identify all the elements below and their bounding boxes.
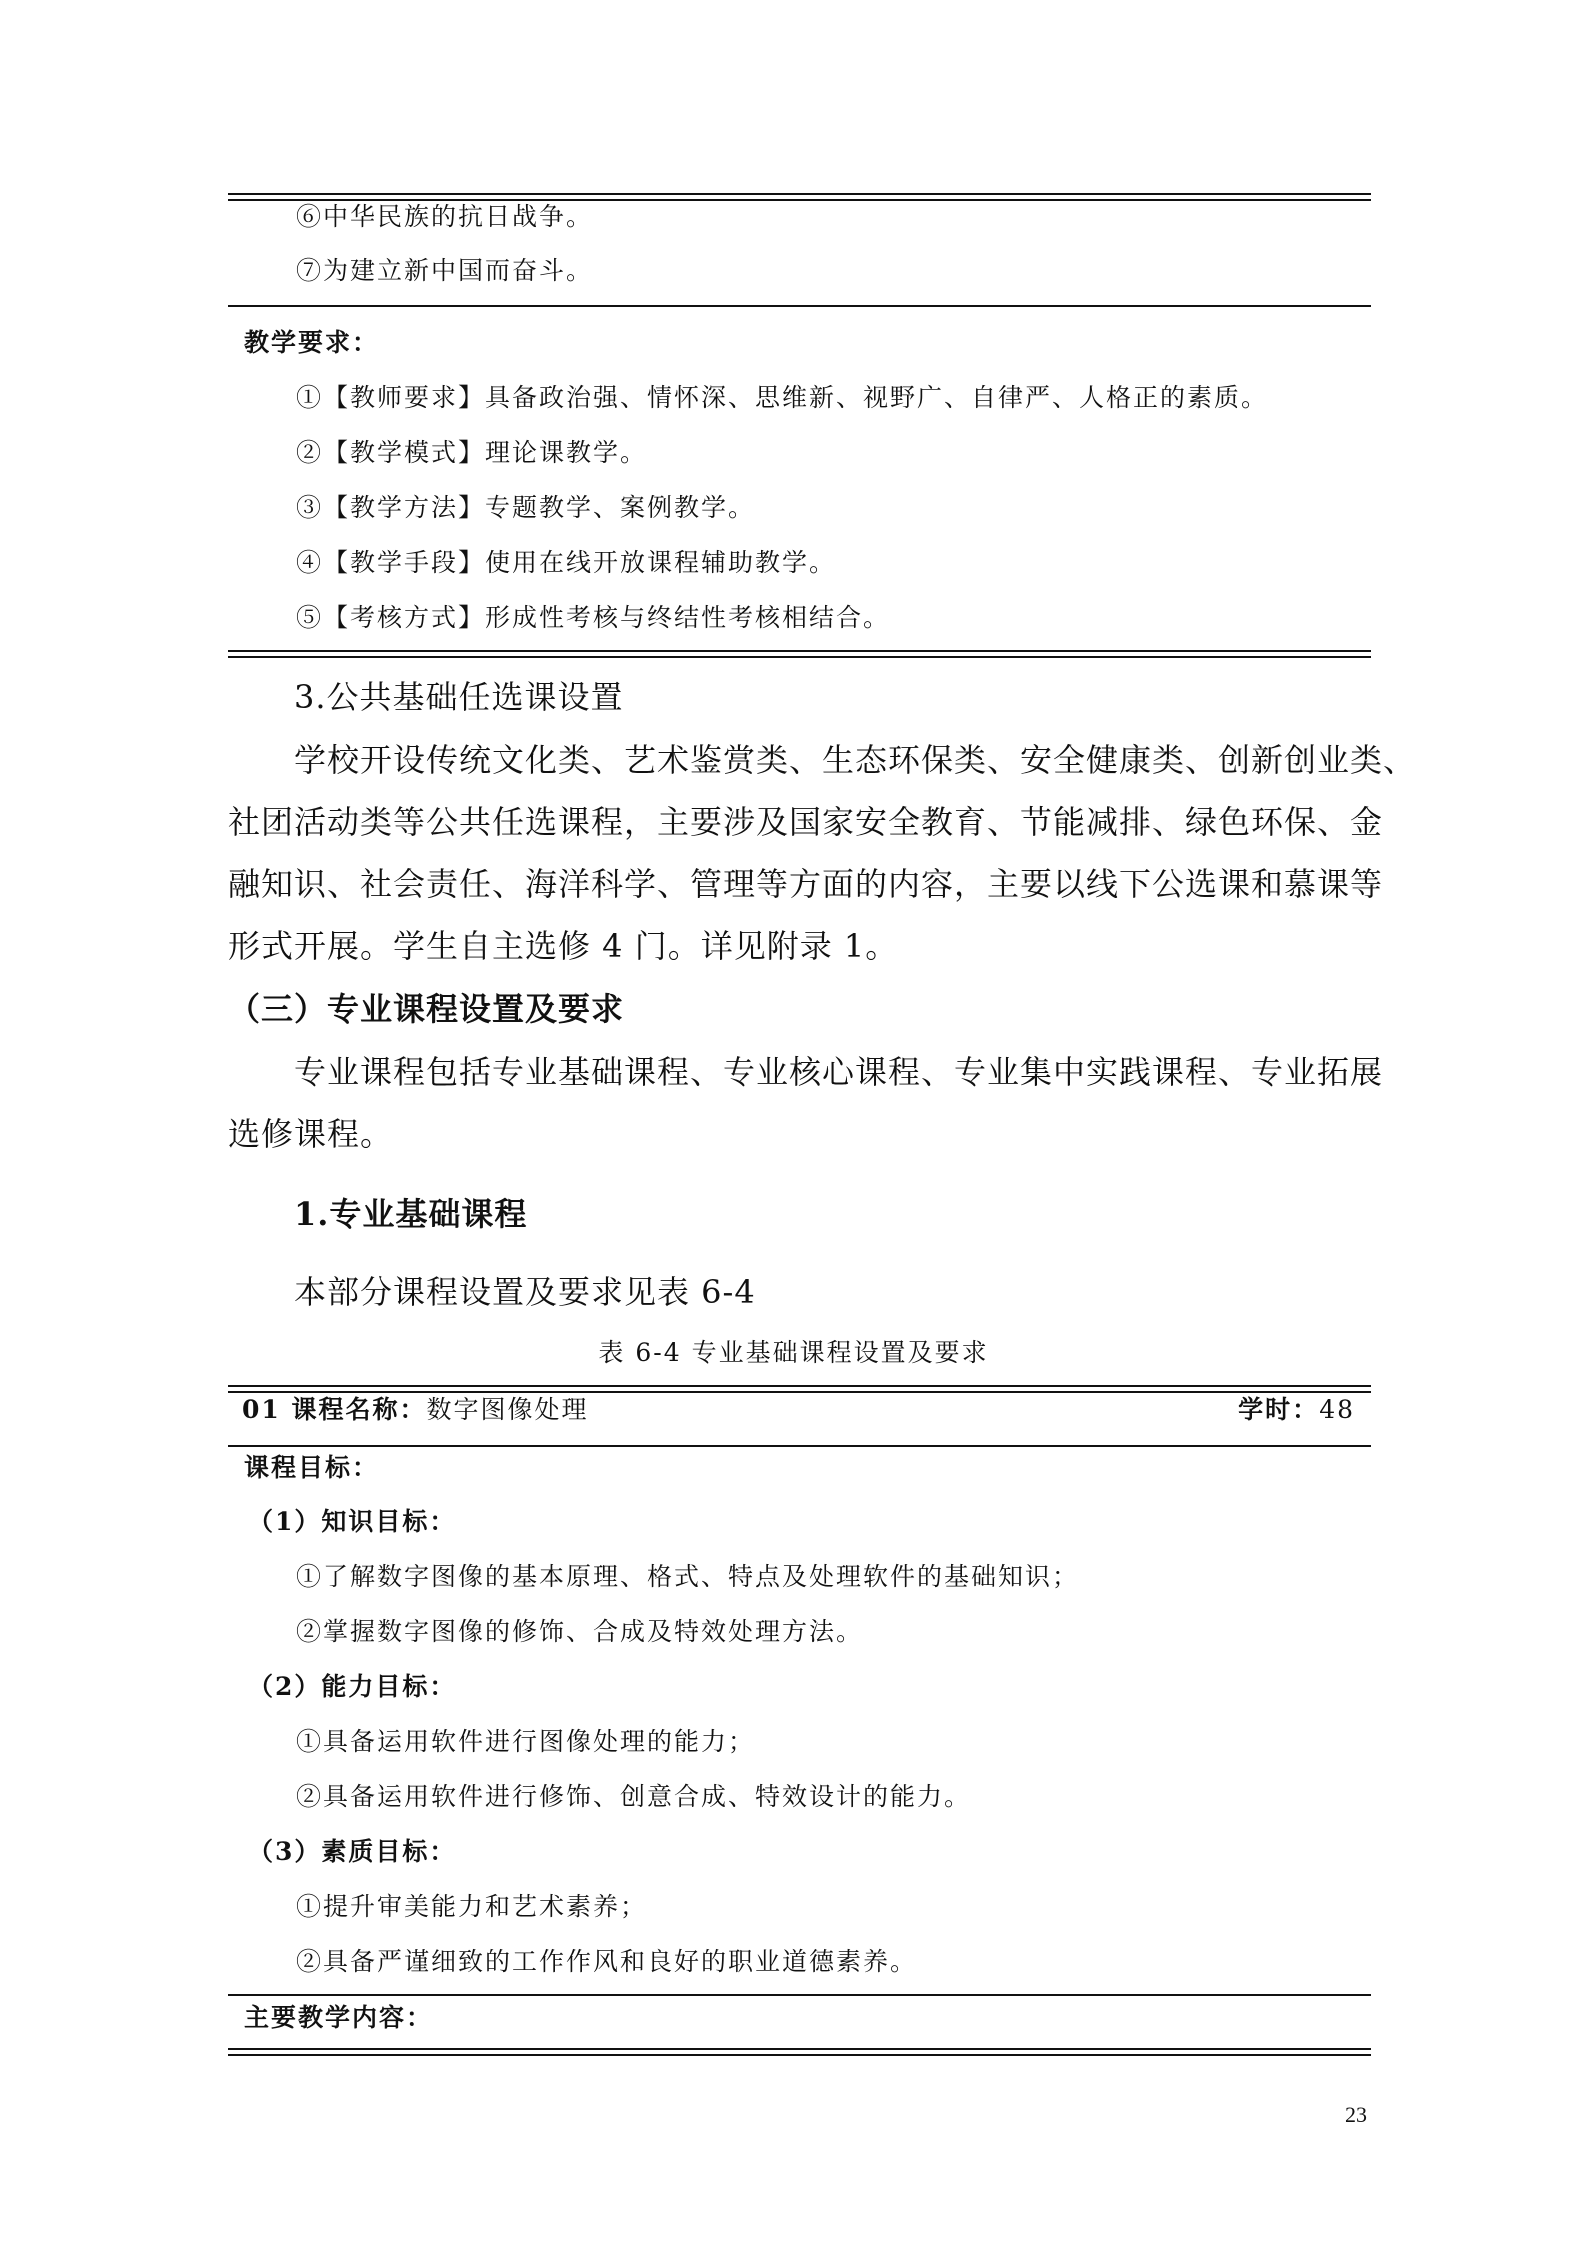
objective-item: ②掌握数字图像的修饰、合成及特效处理方法。 xyxy=(296,1612,863,1648)
content-label: 主要教学内容： xyxy=(244,1998,433,2034)
paragraph-line: 学校开设传统文化类、艺术鉴赏类、生态环保类、安全健康类、创新创业类、 xyxy=(294,735,1416,781)
paragraph-line: 社团活动类等公共任选课程，主要涉及国家安全教育、节能减排、绿色环保、金 xyxy=(228,797,1383,843)
objective-item: ②具备运用软件进行修饰、创意合成、特效设计的能力。 xyxy=(296,1777,971,1813)
section-heading: 3.公共基础任选课设置 xyxy=(294,672,624,718)
content-item: ⑦为建立新中国而奋斗。 xyxy=(296,251,593,287)
table-bottom-rule xyxy=(228,650,1371,658)
hours-value: 48 xyxy=(1319,1395,1355,1424)
requirement-item: ③【教学方法】专题教学、案例教学。 xyxy=(296,488,755,524)
paragraph-line: 专业课程包括专业基础课程、专业核心课程、专业集中实践课程、专业拓展 xyxy=(294,1047,1383,1093)
requirement-item: ②【教学模式】理论课教学。 xyxy=(296,433,647,469)
objective-title: （1）知识目标： xyxy=(248,1502,456,1538)
objective-item: ②具备严谨细致的工作作风和良好的职业道德素养。 xyxy=(296,1942,917,1978)
paragraph-line: 选修课程。 xyxy=(228,1109,393,1155)
section-heading: （三）专业课程设置及要求 xyxy=(228,984,624,1030)
objective-item: ①了解数字图像的基本原理、格式、特点及处理软件的基础知识； xyxy=(296,1557,1079,1593)
requirements-label: 教学要求： xyxy=(244,323,379,359)
course-name-row: 01 课程名称：数字图像处理 xyxy=(242,1390,589,1426)
table-row-rule xyxy=(228,305,1371,307)
requirement-item: ⑤【考核方式】形成性考核与终结性考核相结合。 xyxy=(296,598,890,634)
table-bottom-rule xyxy=(228,2048,1371,2056)
content-item: ⑥中华民族的抗日战争。 xyxy=(296,197,593,233)
objective-item: ①具备运用软件进行图像处理的能力； xyxy=(296,1722,755,1758)
table-caption: 表 6-4 专业基础课程设置及要求 xyxy=(0,1333,1587,1369)
table-row-rule xyxy=(228,1994,1371,1996)
hours-label: 学时： xyxy=(1238,1395,1319,1424)
objective-item: ①提升审美能力和艺术素养； xyxy=(296,1887,647,1923)
requirement-item: ①【教师要求】具备政治强、情怀深、思维新、视野广、自律严、人格正的素质。 xyxy=(296,378,1268,414)
objective-title: （3）素质目标： xyxy=(248,1832,456,1868)
intro-text: 本部分课程设置及要求见表 6-4 xyxy=(294,1267,756,1313)
course-name: 数字图像处理 xyxy=(427,1395,589,1424)
paragraph-line: 融知识、社会责任、海洋科学、管理等方面的内容，主要以线下公选课和慕课等 xyxy=(228,859,1383,905)
table-row-rule xyxy=(228,1445,1371,1447)
course-name-label: 01 课程名称： xyxy=(242,1395,427,1424)
subsection-heading: 1.专业基础课程 xyxy=(294,1189,527,1235)
page-number: 23 xyxy=(1345,2102,1367,2128)
objective-title: （2）能力目标： xyxy=(248,1667,456,1703)
objectives-label: 课程目标： xyxy=(244,1448,379,1484)
requirement-item: ④【教学手段】使用在线开放课程辅助教学。 xyxy=(296,543,836,579)
hours-cell: 学时：48 xyxy=(1238,1390,1355,1426)
paragraph-line: 形式开展。学生自主选修 4 门。详见附录 1。 xyxy=(228,921,898,967)
